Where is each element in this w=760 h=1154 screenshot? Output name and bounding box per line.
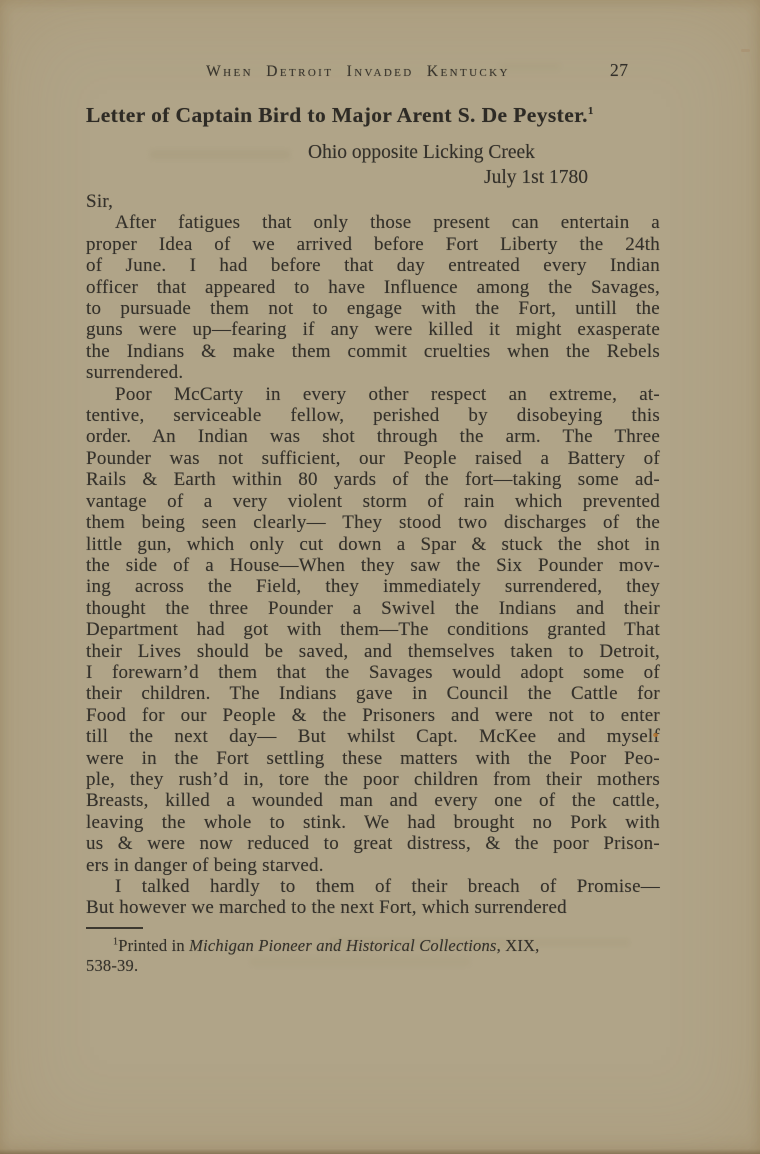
text-line: surrendered. [86, 362, 660, 383]
scan-bottom-edge-shadow [0, 1149, 760, 1154]
text-line: I forewarn’d them that the Savages would… [86, 662, 660, 683]
paragraphs: After fatigues that only those present c… [86, 212, 660, 918]
running-header-title: When Detroit Invaded Kentucky [0, 63, 716, 81]
book-page: When Detroit Invaded Kentucky 27 Letter … [0, 0, 760, 1154]
paper-smudge [741, 49, 750, 52]
text-line: Poor McCarty in every other respect an e… [86, 384, 660, 405]
dateline-place: Ohio opposite Licking Creek [308, 142, 535, 164]
text-line: them being seen clearly— They stood two … [86, 512, 660, 533]
paper-stain-speck [653, 733, 658, 737]
text-line: ers in danger of being starved. [86, 855, 660, 876]
show-through-artifact [150, 150, 290, 159]
text-line: order. An Indian was shot through the ar… [86, 426, 660, 447]
letter-body: Sir, After fatigues that only those pres… [86, 191, 660, 976]
text-line: little gun, which only cut down a Spar &… [86, 534, 660, 555]
text-line: their children. The Indians gave in Coun… [86, 683, 660, 704]
text-line: ple, they rush’d in, tore the poor child… [86, 769, 660, 790]
paragraph: After fatigues that only those present c… [86, 212, 660, 383]
text-line: But however we marched to the next Fort,… [86, 897, 660, 918]
text-line: Pounder was not sufficient, our People r… [86, 448, 660, 469]
footnote-line: 538-39. [86, 956, 660, 976]
text-line: the side of a House—When they saw the Si… [86, 555, 660, 576]
text-line: Rails & Earth within 80 yards of the for… [86, 469, 660, 490]
text-line: I talked hardly to them of their breach … [86, 876, 660, 897]
paragraph: I talked hardly to them of their breach … [86, 876, 660, 919]
dateline-date: July 1st 1780 [484, 167, 588, 189]
text-line: guns were up—fearing if any were killed … [86, 319, 660, 340]
text-line: us & were now reduced to great distress,… [86, 833, 660, 854]
text-line: After fatigues that only those present c… [86, 212, 660, 233]
text-line: were in the Fort settling these matters … [86, 748, 660, 769]
footnote: 1Printed in Michigan Pioneer and Histori… [86, 927, 660, 976]
text-line: till the next day— But whilst Capt. McKe… [86, 726, 660, 747]
text-line: Food for our People & the Prisoners and … [86, 705, 660, 726]
footnote-line: 1Printed in Michigan Pioneer and Histori… [86, 936, 660, 956]
text-line: to pursuade them not to engage with the … [86, 298, 660, 319]
text-line: thought the three Pounder a Swivel the I… [86, 598, 660, 619]
text-line: leaving the whole to stink. We had broug… [86, 812, 660, 833]
salutation: Sir, [86, 191, 660, 212]
text-line: the Indians & make them commit cruelties… [86, 341, 660, 362]
footnote-divider [86, 927, 143, 929]
footnote-reference-mark: 1 [588, 105, 594, 117]
footnote-prefix: Printed in [118, 936, 189, 955]
paragraph: Poor McCarty in every other respect an e… [86, 384, 660, 876]
text-line: vantage of a very violent storm of rain … [86, 491, 660, 512]
text-line: Department had got with them—The conditi… [86, 619, 660, 640]
letter-heading-text: Letter of Captain Bird to Major Arent S.… [86, 103, 588, 127]
footnote-work-title: Michigan Pioneer and Historical Collecti… [189, 936, 496, 955]
letter-heading: Letter of Captain Bird to Major Arent S.… [86, 103, 686, 128]
text-line: proper Idea of we arrived before Fort Li… [86, 234, 660, 255]
footnote-text: 1Printed in Michigan Pioneer and Histori… [86, 936, 660, 976]
text-line: Breasts, killed a wounded man and every … [86, 790, 660, 811]
text-line: tentive, serviceable fellow, perished by… [86, 405, 660, 426]
footnote-suffix: , XIX, [497, 936, 540, 955]
page-number: 27 [610, 60, 629, 81]
text-line: officer that appeared to have Influence … [86, 277, 660, 298]
text-line: their Lives should be saved, and themsel… [86, 641, 660, 662]
text-line: of June. I had before that day entreated… [86, 255, 660, 276]
text-line: ing across the Field, they immediately s… [86, 576, 660, 597]
